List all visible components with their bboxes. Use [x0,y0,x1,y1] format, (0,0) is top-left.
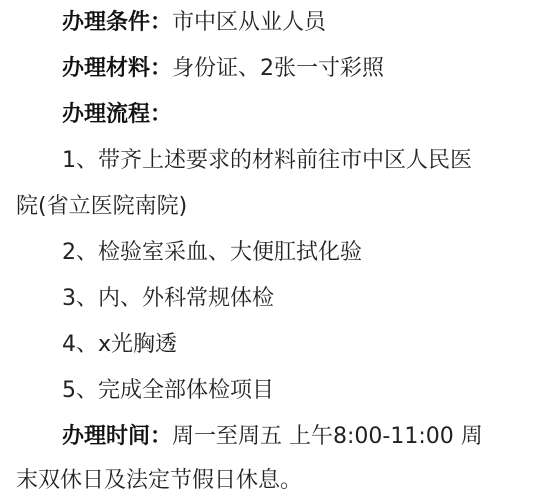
process-step-2: 2、检验室采血、大便肛拭化验 [62,238,362,268]
process-step-3: 3、内、外科常规体检 [62,284,274,314]
conditions-value: 市中区从业人员 [172,10,326,35]
process-step-4: 4、x光胸透 [62,330,177,360]
materials-value: 身份证、2张一寸彩照 [172,56,384,81]
hours-label: 办理时间： [62,424,172,449]
hours-value-continued: 末双休日及法定节假日休息。 [16,466,302,496]
document: 办理条件：市中区从业人员 办理材料：身份证、2张一寸彩照 办理流程： 1、带齐上… [0,0,550,500]
process-row: 办理流程： [62,100,172,130]
materials-row: 办理材料：身份证、2张一寸彩照 [62,54,384,84]
process-step-1-continued: 院(省立医院南院) [16,192,187,222]
hours-value: 周一至周五 上午8:00-11:00 周 [172,424,483,449]
conditions-label: 办理条件： [62,10,172,35]
process-label: 办理流程： [62,102,172,127]
process-step-5: 5、完成全部体检项目 [62,376,274,406]
conditions-row: 办理条件：市中区从业人员 [62,8,326,38]
hours-row: 办理时间：周一至周五 上午8:00-11:00 周 [62,422,483,452]
materials-label: 办理材料： [62,56,172,81]
process-step-1: 1、带齐上述要求的材料前往市中区人民医 [62,146,472,176]
